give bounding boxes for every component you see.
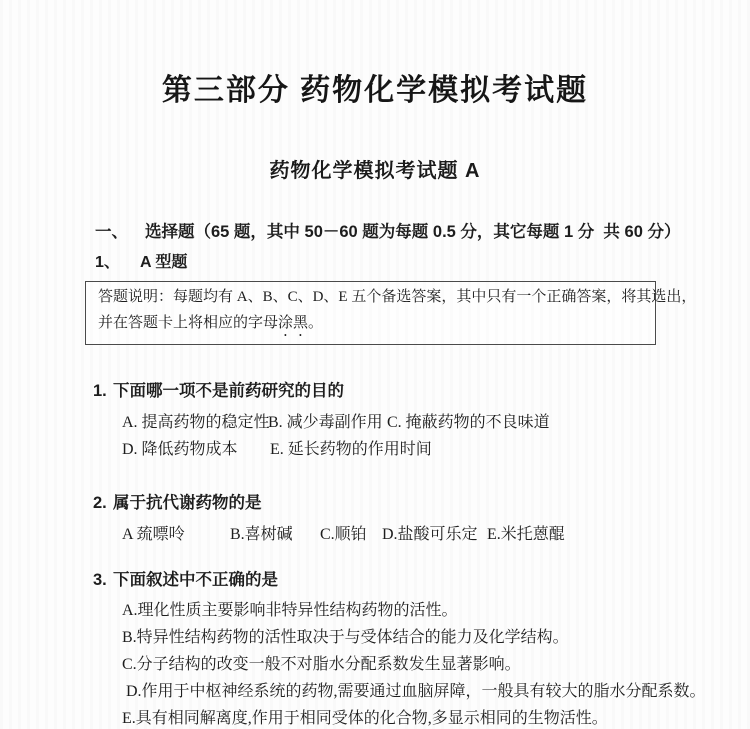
option-b: B.喜树碱: [230, 521, 320, 548]
instruction-line-2: 并在答题卡上将相应的字母涂黑。: [98, 310, 643, 340]
section-heading: 一、选择题（65 题，其中 50－60 题为每题 0.5 分，其它每题 1 分 …: [95, 221, 750, 243]
statement-e: E.具有相同解离度,作用于相同受体的化合物,多显示相同的生物活性。: [122, 705, 750, 729]
instruction-line-1: 答题说明：每题均有 A、B、C、D、E 五个备选答案，其中只有一个正确答案，将其…: [98, 284, 643, 310]
subsection-heading: 1、A 型题: [95, 252, 750, 273]
option-c: C. 掩蔽药物的不良味道: [387, 409, 550, 436]
instruction-line-2-text: 并在答题卡上将相应的字母: [98, 315, 278, 331]
statement-a: A.理化性质主要影响非特异性结构药物的活性。: [122, 597, 750, 624]
question-number: 1.: [93, 381, 113, 401]
option-d: D. 降低药物成本: [122, 436, 270, 463]
statement-c: C.分子结构的改变一般不对脂水分配系数发生显著影响。: [122, 651, 750, 678]
emphasized-text: 涂黑: [278, 315, 308, 331]
question-1: 1.下面哪一项不是前药研究的目的 A. 提高药物的稳定性B. 减少毒副作用C. …: [93, 381, 750, 463]
option-a: A. 提高药物的稳定性: [122, 409, 268, 436]
section-number: 一、: [95, 221, 145, 243]
option-b: B. 减少毒副作用: [268, 409, 387, 436]
question-statements: A.理化性质主要影响非特异性结构药物的活性。 B.特异性结构药物的活性取决于与受…: [122, 597, 750, 729]
option-e: E. 延长药物的作用时间: [270, 436, 432, 463]
statement-d: D.作用于中枢神经系统的药物,需要通过血脑屏障，一般具有较大的脂水分配系数。: [122, 678, 750, 705]
option-row: A. 提高药物的稳定性B. 减少毒副作用C. 掩蔽药物的不良味道: [122, 409, 750, 436]
question-options: A 巯嘌呤B.喜树碱C.顺铂D.盐酸可乐定E.米托蒽醌: [122, 521, 750, 548]
question-number: 3.: [93, 570, 113, 590]
answer-instructions-box: 答题说明：每题均有 A、B、C、D、E 五个备选答案，其中只有一个正确答案，将其…: [85, 281, 656, 345]
document-title: 第三部分 药物化学模拟考试题: [0, 0, 750, 107]
option-c: C.顺铂: [320, 521, 382, 548]
question-stem: 2.属于抗代谢药物的是: [93, 493, 750, 513]
question-stem: 1.下面哪一项不是前药研究的目的: [93, 381, 750, 401]
section-title: 选择题（65 题，其中 50－60 题为每题 0.5 分，其它每题 1 分 共 …: [145, 223, 680, 241]
statement-b: B.特异性结构药物的活性取决于与受体结合的能力及化学结构。: [122, 624, 750, 651]
option-e: E.米托蒽醌: [487, 521, 565, 548]
subsection-number: 1、: [95, 252, 140, 273]
option-row: D. 降低药物成本E. 延长药物的作用时间: [122, 436, 750, 463]
option-a: A 巯嘌呤: [122, 521, 230, 548]
paper-title: 药物化学模拟考试题 A: [0, 160, 750, 183]
question-2: 2.属于抗代谢药物的是 A 巯嘌呤B.喜树碱C.顺铂D.盐酸可乐定E.米托蒽醌: [93, 493, 750, 548]
option-row: A 巯嘌呤B.喜树碱C.顺铂D.盐酸可乐定E.米托蒽醌: [122, 521, 750, 548]
question-3: 3.下面叙述中不正确的是 A.理化性质主要影响非特异性结构药物的活性。 B.特异…: [93, 570, 750, 729]
option-d: D.盐酸可乐定: [382, 521, 487, 548]
instruction-line-2-period: 。: [308, 315, 323, 331]
question-options: A. 提高药物的稳定性B. 减少毒副作用C. 掩蔽药物的不良味道 D. 降低药物…: [122, 409, 750, 463]
question-stem: 3.下面叙述中不正确的是: [93, 570, 750, 590]
exam-page: 第三部分 药物化学模拟考试题 药物化学模拟考试题 A 一、选择题（65 题，其中…: [0, 0, 750, 729]
subsection-title: A 型题: [140, 254, 187, 271]
question-stem-text: 下面叙述中不正确的是: [113, 571, 278, 589]
question-number: 2.: [93, 493, 113, 513]
question-stem-text: 下面哪一项不是前药研究的目的: [113, 382, 344, 400]
question-stem-text: 属于抗代谢药物的是: [113, 494, 262, 512]
